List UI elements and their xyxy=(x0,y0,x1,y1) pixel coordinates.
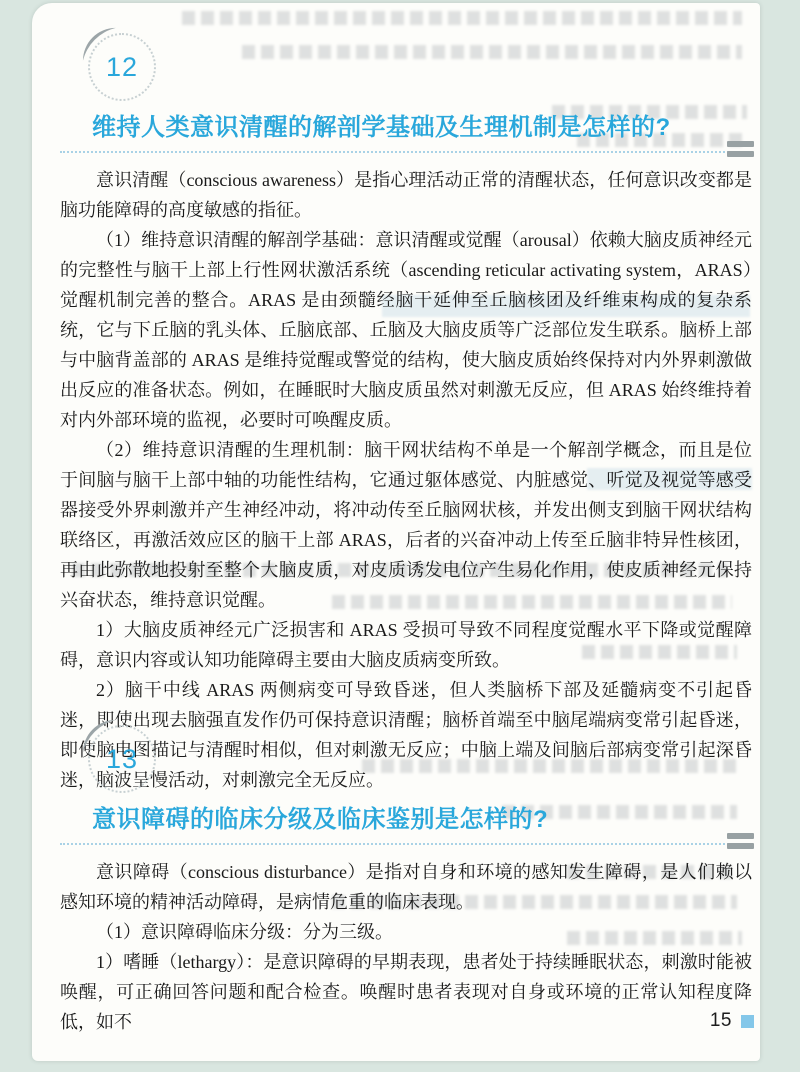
section-body: 意识清醒（conscious awareness）是指心理活动正常的清醒状态，任… xyxy=(60,165,752,795)
page-number: 15 xyxy=(710,1010,732,1032)
corner-crescent-icon xyxy=(81,26,139,84)
double-dash-icon xyxy=(727,829,754,853)
section-title-row: 维持人类意识清醒的解剖学基础及生理机制是怎样的? xyxy=(60,105,752,153)
paragraph: 1）嗜睡（lethargy）：是意识障碍的早期表现，患者处于持续睡眠状态，刺激时… xyxy=(60,947,752,1037)
double-dash-icon xyxy=(727,137,754,161)
paragraph: 意识清醒（conscious awareness）是指心理活动正常的清醒状态，任… xyxy=(60,165,752,225)
section-13: 13 意识障碍的临床分级及临床鉴别是怎样的? 意识障碍（conscious di… xyxy=(60,725,752,1037)
paragraph: （2）维持意识清醒的生理机制：脑干网状结构不单是一个解剖学概念，而且是位于间脑与… xyxy=(60,435,752,615)
section-number-badge: 13 xyxy=(88,725,156,793)
paragraph: （1）维持意识清醒的解剖学基础：意识清醒或觉醒（arousal）依赖大脑皮质神经… xyxy=(60,225,752,435)
paragraph: （1）意识障碍临床分级：分为三级。 xyxy=(60,917,752,947)
section-number-badge: 12 xyxy=(88,33,156,101)
scanned-book-page: { "page": { "number": "15", "accent_colo… xyxy=(0,0,800,1072)
book-page: 12 维持人类意识清醒的解剖学基础及生理机制是怎样的? 意识清醒（conscio… xyxy=(32,3,760,1061)
page-footer: 15 xyxy=(710,1010,754,1032)
paragraph: 意识障碍（conscious disturbance）是指对自身和环境的感知发生… xyxy=(60,857,752,917)
paragraph: 1）大脑皮质神经元广泛损害和 ARAS 受损可导致不同程度觉醒水平下降或觉醒障碍… xyxy=(60,615,752,675)
section-title: 意识障碍的临床分级及临床鉴别是怎样的? xyxy=(92,806,548,833)
section-body: 意识障碍（conscious disturbance）是指对自身和环境的感知发生… xyxy=(60,857,752,1037)
page-marker-icon xyxy=(741,1015,754,1028)
section-title: 维持人类意识清醒的解剖学基础及生理机制是怎样的? xyxy=(92,114,671,141)
bleedthrough-texture xyxy=(182,11,742,25)
corner-crescent-icon xyxy=(81,718,139,776)
section-title-row: 意识障碍的临床分级及临床鉴别是怎样的? xyxy=(60,797,752,845)
section-12: 12 维持人类意识清醒的解剖学基础及生理机制是怎样的? 意识清醒（conscio… xyxy=(60,33,752,795)
